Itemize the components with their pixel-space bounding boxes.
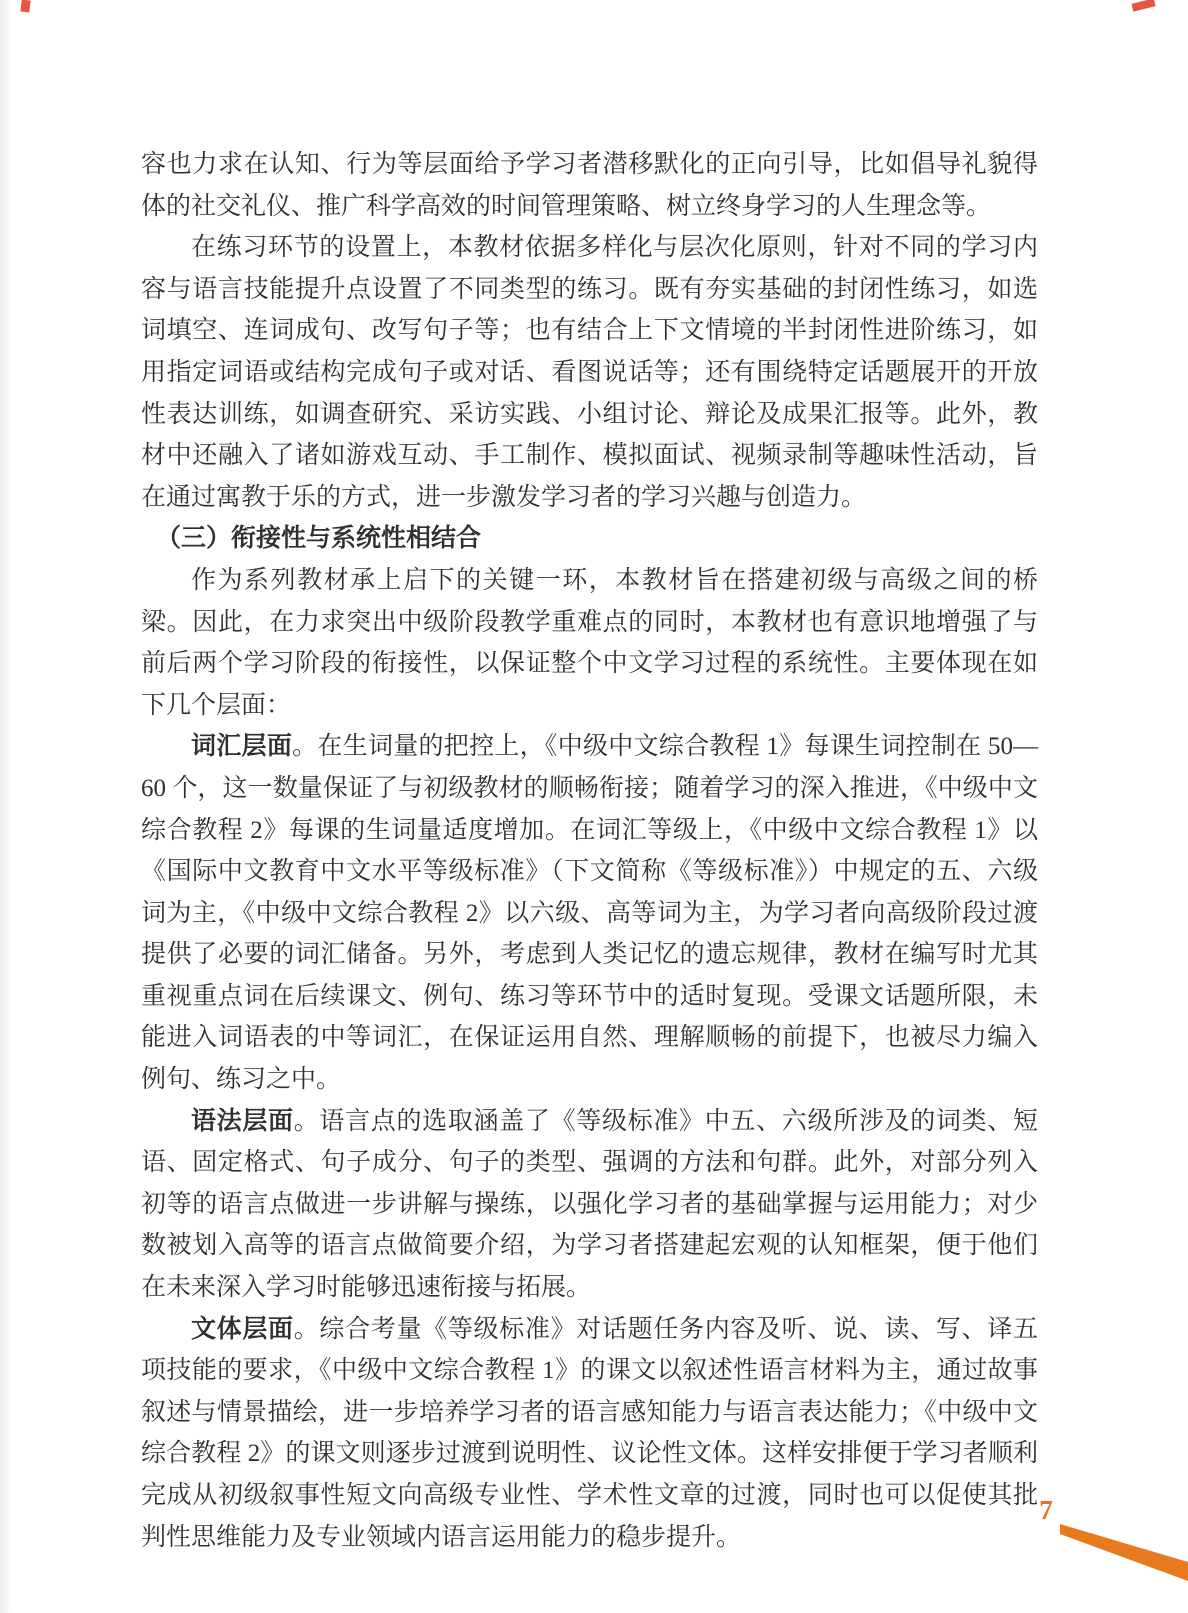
paragraph: 在练习环节的设置上，本教材依据多样化与层次化原则，针对不同的学习内容与语言技能提… [141, 227, 1038, 518]
scan-edge-shadow [0, 0, 12, 1613]
paragraph-lead-label: 词汇层面 [191, 733, 292, 760]
section-heading: （三）衔接性与系统性相结合 [141, 518, 1038, 560]
paragraph: 容也力求在认知、行为等层面给予学习者潜移默化的正向引导，比如倡导礼貌得体的社交礼… [141, 144, 1038, 227]
footer-swoosh-graphic [1050, 1512, 1188, 1592]
page-number: 7 [1031, 1495, 1061, 1525]
page-text: 容也力求在认知、行为等层面给予学习者潜移默化的正向引导，比如倡导礼貌得体的社交礼… [141, 144, 1038, 1558]
paragraph: 文体层面。综合考量《等级标准》对话题任务内容及听、说、读、写、译五项技能的要求，… [141, 1309, 1038, 1559]
paragraph-lead-label: 语法层面 [191, 1108, 294, 1135]
corner-mark-top-left [20, 0, 30, 13]
paragraph: 词汇层面。在生词量的把控上，《中级中文综合教程 1》每课生词控制在 50—60 … [141, 726, 1038, 1100]
paragraph: 作为系列教材承上启下的关键一环，本教材旨在搭建初级与高级之间的桥梁。因此，在力求… [141, 560, 1038, 726]
corner-mark-top-right [1131, 0, 1155, 12]
paragraph: 语法层面。语言点的选取涵盖了《等级标准》中五、六级所涉及的词类、短语、固定格式、… [141, 1101, 1038, 1309]
scanned-book-page: 容也力求在认知、行为等层面给予学习者潜移默化的正向引导，比如倡导礼貌得体的社交礼… [0, 0, 1188, 1613]
paragraph-lead-label: 文体层面 [191, 1316, 294, 1343]
